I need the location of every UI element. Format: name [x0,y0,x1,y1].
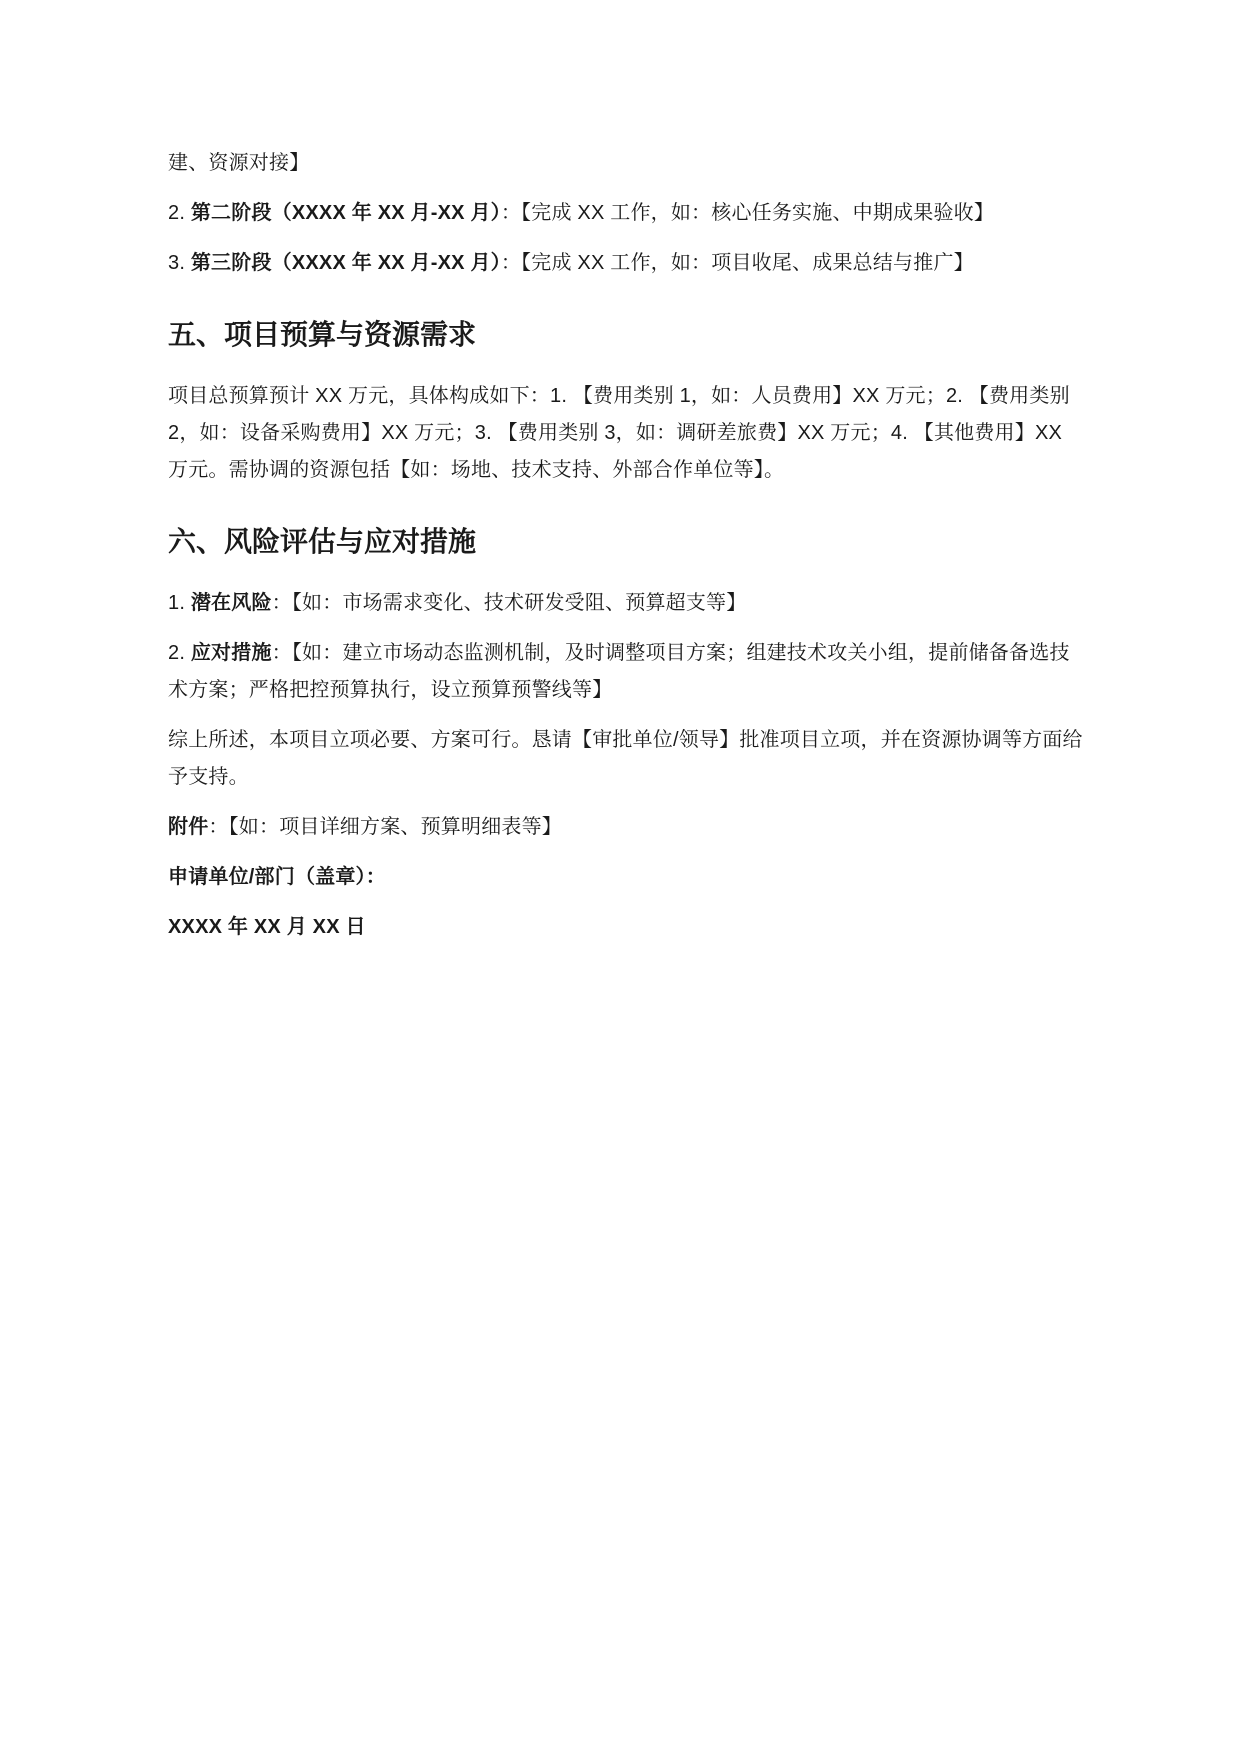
document-page: 建、资源对接】 2. 第二阶段（XXXX 年 XX 月-XX 月）：【完成 XX… [0,0,1241,1755]
conclusion-paragraph: 综上所述，本项目立项必要、方案可行。恳请【审批单位/领导】批准项目立项，并在资源… [168,722,1085,796]
phase-item-2-text: ：【完成 XX 工作，如：核心任务实施、中期成果验收】 [501,202,994,224]
budget-paragraph: 项目总预算预计 XX 万元，具体构成如下：1. 【费用类别 1，如：人员费用】X… [168,378,1085,489]
signature-unit-line: 申请单位/部门（盖章）： [168,859,1085,896]
continued-paragraph: 建、资源对接】 [168,145,1085,182]
attachment-label: 附件 [168,816,208,838]
risk-item-1-text: ：【如：市场需求变化、技术研发受阻、预算超支等】 [272,592,747,614]
risk-item-1: 1. 潜在风险：【如：市场需求变化、技术研发受阻、预算超支等】 [168,585,1085,622]
phase-item-2: 2. 第二阶段（XXXX 年 XX 月-XX 月）：【完成 XX 工作，如：核心… [168,195,1085,232]
attachment-paragraph: 附件：【如：项目详细方案、预算明细表等】 [168,809,1085,846]
section-heading-risk: 六、风险评估与应对措施 [168,521,1085,563]
phase-item-3-label: 第三阶段（XXXX 年 XX 月-XX 月） [191,252,501,274]
conclusion-paragraph-text: 综上所述，本项目立项必要、方案可行。恳请【审批单位/领导】批准项目立项，并在资源… [168,729,1083,788]
risk-item-1-label: 潜在风险 [191,592,272,614]
risk-item-2-label: 应对措施 [191,642,272,664]
budget-paragraph-text: 项目总预算预计 XX 万元，具体构成如下：1. 【费用类别 1，如：人员费用】X… [168,385,1070,481]
section-heading-budget: 五、项目预算与资源需求 [168,314,1085,356]
document-body: 建、资源对接】 2. 第二阶段（XXXX 年 XX 月-XX 月）：【完成 XX… [168,145,1085,946]
phase-item-3-number: 3. [168,252,191,274]
phase-item-2-label: 第二阶段（XXXX 年 XX 月-XX 月） [191,202,501,224]
phase-item-3-text: ：【完成 XX 工作，如：项目收尾、成果总结与推广】 [501,252,974,274]
phase-item-3: 3. 第三阶段（XXXX 年 XX 月-XX 月）：【完成 XX 工作，如：项目… [168,245,1085,282]
continued-paragraph-text: 建、资源对接】 [168,152,309,174]
risk-item-2-number: 2. [168,642,191,664]
phase-item-2-number: 2. [168,202,191,224]
risk-item-1-number: 1. [168,592,191,614]
signature-date-line: XXXX 年 XX 月 XX 日 [168,909,1085,946]
risk-item-2: 2. 应对措施：【如：建立市场动态监测机制，及时调整项目方案；组建技术攻关小组，… [168,635,1085,709]
risk-item-2-text: ：【如：建立市场动态监测机制，及时调整项目方案；组建技术攻关小组，提前储备备选技… [168,642,1070,701]
attachment-text: ：【如：项目详细方案、预算明细表等】 [208,816,562,838]
